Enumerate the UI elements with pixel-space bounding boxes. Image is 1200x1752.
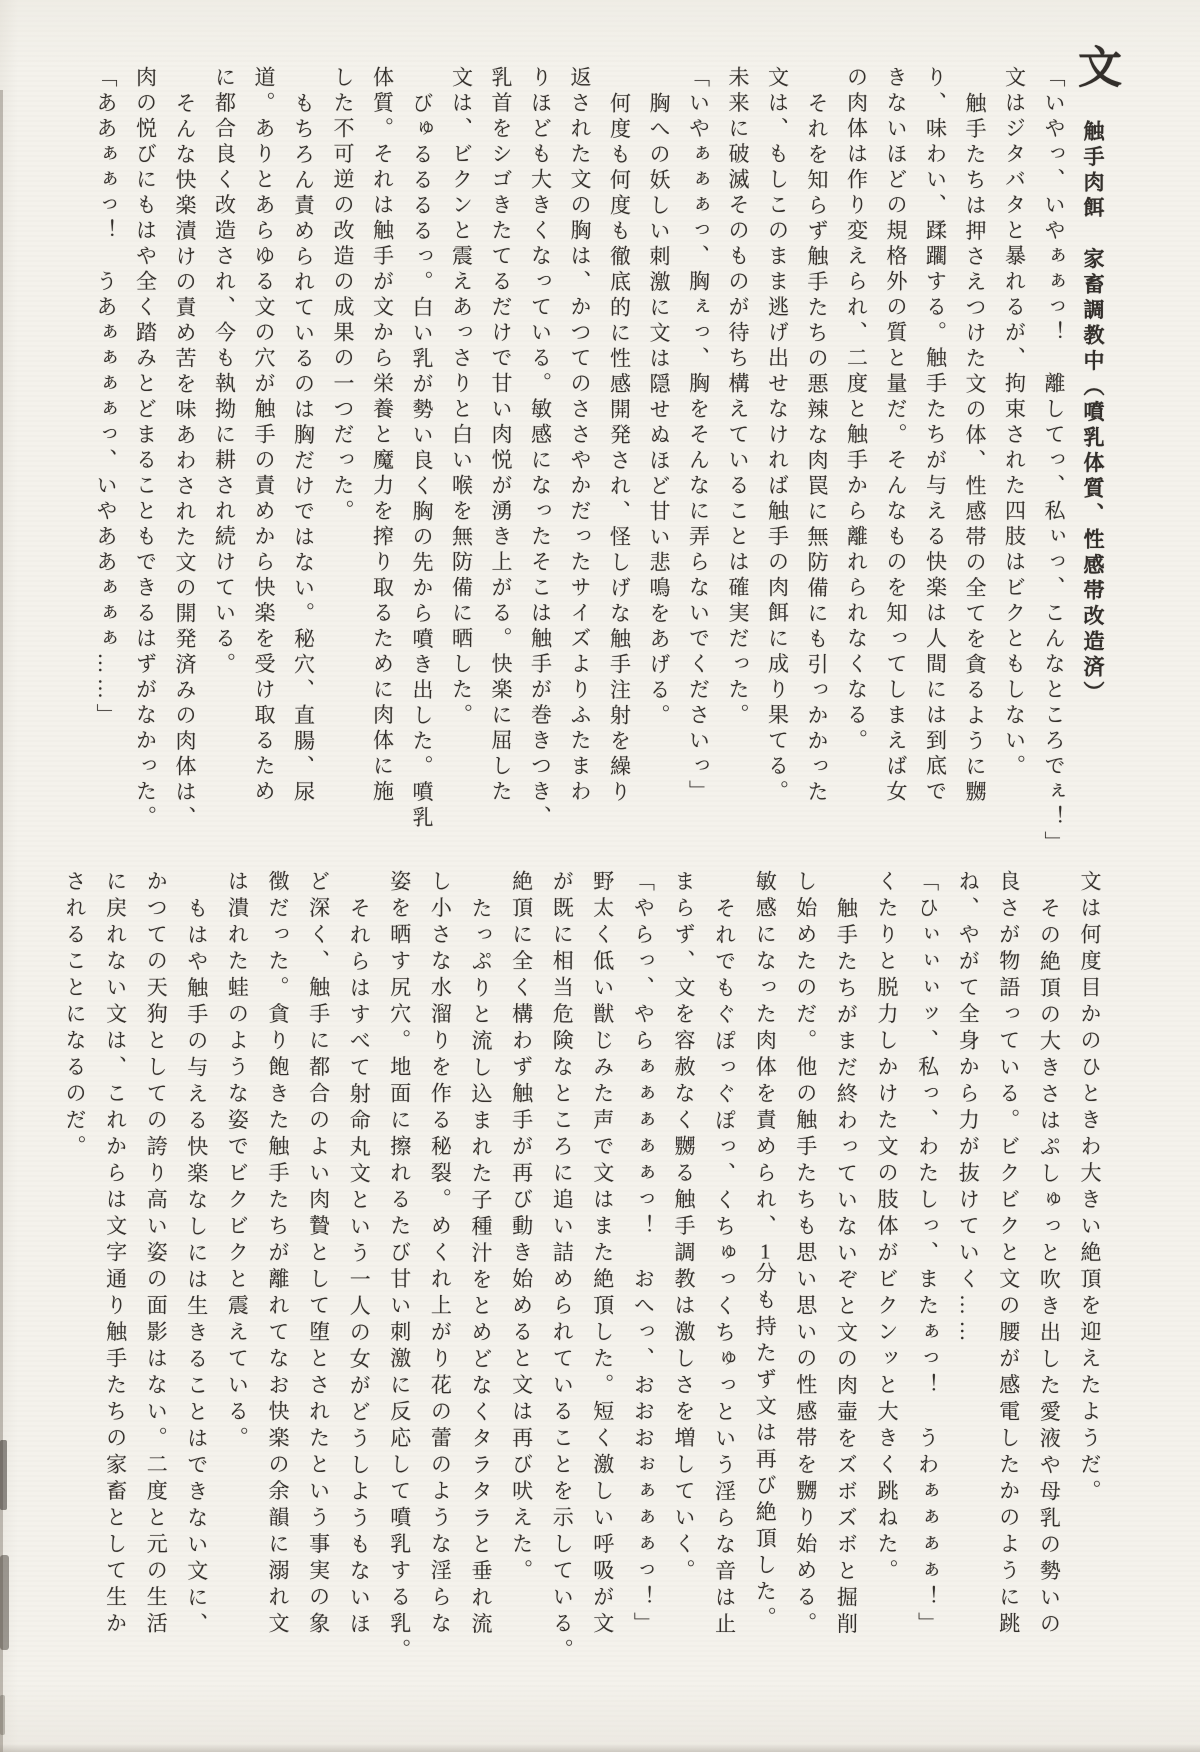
page-subtitle: 触手肉餌 家畜調教中（噴乳体質、性感帯改造済） xyxy=(1079,120,1106,707)
text-column: 良さが物語っている。ビクビクと文の腰が感電したかのように跳 xyxy=(995,870,1022,1639)
text-column: の肉体は作り変えられ、二度と触手から離れられなくなる。 xyxy=(843,66,870,755)
scan-edge-line xyxy=(0,90,3,1752)
text-column: 触手たちがまだ終わっていないぞと文の肉壷をズボズボと掘削 xyxy=(832,897,859,1639)
text-column: した不可逆の改造の成果の一つだった。 xyxy=(329,66,356,525)
text-column: 「いやっ、いやぁぁっ！ 離してっ、私ぃっ、こんなところでぇ！」 xyxy=(1040,66,1067,857)
text-column: 敏感になった肉体を責められ、1分も持たず文は再び絶頂した。 xyxy=(751,870,778,1633)
text-column: 体質。それは触手が文から栄養と魔力を搾り取るために肉体に施 xyxy=(369,66,396,806)
scan-smudge xyxy=(0,1695,5,1735)
text-column: に戻れない文は、これからは文字通り触手たちの家畜として生か xyxy=(102,870,129,1639)
text-column: されることになるのだ。 xyxy=(61,870,88,1162)
text-column: 文は、もしこのまま逃げ出せなければ触手の肉餌に成り果てる。 xyxy=(764,66,791,806)
text-column: 返された文の胸は、かつてのささやかだったサイズよりふたまわ xyxy=(566,66,593,806)
page-title: 文 xyxy=(1072,44,1118,88)
text-column: 何度も何度も徹底的に性感開発され、怪しげな触手注射を繰り xyxy=(606,92,633,806)
text-column: 絶頂に全く構わず触手が再び動き始めると文は再び吠えた。 xyxy=(508,870,535,1586)
text-column: し始めたのだ。他の触手たちも思い思いの性感帯を嬲り始める。 xyxy=(792,870,819,1639)
scan-bottom-shade xyxy=(0,1744,1200,1752)
text-column: かつての天狗としての誇り高い姿の面影はない。二度と元の生活 xyxy=(142,870,169,1639)
text-column: 胸への妖しい刺激に文は隠せぬほど甘い悲鳴をあげる。 xyxy=(645,92,672,730)
text-column: その絶頂の大きさはぷしゅっと吹き出した愛液や母乳の勢いの xyxy=(1035,897,1062,1639)
text-column: 未来に破滅そのものが待ち構えていることは確実だった。 xyxy=(724,66,751,729)
text-column: 「ひぃぃぃッ、私っ、わたしっ、またぁっ！ うわぁぁぁぁ！」 xyxy=(914,870,941,1639)
scan-smudge xyxy=(0,1440,7,1510)
text-column: 文は何度目かのひときわ大きい絶頂を迎えたようだ。 xyxy=(1076,870,1103,1506)
text-column: 文はジタバタと暴れるが、拘束された四肢はビクともしない。 xyxy=(1001,66,1028,780)
text-column: 「やらっ、やらぁぁぁぁぁっ！ おへっ、おおおぉぁぁぁっ！」 xyxy=(629,870,656,1639)
text-column: に都合良く改造され、今も執拗に耕され続けている。 xyxy=(211,66,238,678)
text-column: り、味わい、蹂躙する。触手たちが与える快楽は人間には到底で xyxy=(922,66,949,806)
text-column: 触手たちは押さえつけた文の体、性感帯の全てを貪るように嬲 xyxy=(961,92,988,806)
text-column: 道。ありとあらゆる文の穴が触手の責めから快楽を受け取るため xyxy=(250,66,277,806)
text-column: 文は、ビクンと震えあっさりと白い喉を無防備に晒した。 xyxy=(448,66,475,729)
text-column: びゅるるるるっ。白い乳が勢い良く胸の先から噴き出した。噴乳 xyxy=(408,92,435,832)
scan-smudge xyxy=(0,1555,9,1650)
text-column: りほども大きくなっている。敏感になったそこは触手が巻きつき、 xyxy=(527,66,554,831)
text-column: し小さな水溜りを作る秘裂。めくれ上がり花の蕾のような淫らな xyxy=(426,870,453,1639)
text-column: もはや触手の与える快楽なしには生きることはできない文に、 xyxy=(183,897,210,1639)
text-column: たっぷりと流し込まれた子種汁をとめどなくタラタラと垂れ流 xyxy=(467,897,494,1639)
text-column: それを知らず触手たちの悪辣な肉罠に無防備にも引っかかった xyxy=(803,92,830,806)
text-column: それでもぐぽっぐぽっ、くちゅっくちゅっという淫らな音は止 xyxy=(711,897,738,1639)
text-column: 乳首をシゴきたてるだけで甘い肉悦が湧き上がる。快楽に屈した xyxy=(487,66,514,806)
text-column: 肉の悦びにもはや全く踏みとどまることもできるはずがなかった。 xyxy=(132,66,159,831)
text-column: は潰れた蛙のような姿でビクビクと震えている。 xyxy=(223,870,250,1453)
text-column: ね、やがて全身から力が抜けていく…… xyxy=(954,870,981,1347)
text-column: まらず、文を容赦なく嬲る触手調教は激しさを増していく。 xyxy=(670,870,697,1586)
text-column: きないほどの規格外の質と量だ。そんなものを知ってしまえば女 xyxy=(882,66,909,806)
text-column: くたりと脱力しかけた文の肢体がビクンッと大きく跳ねた。 xyxy=(873,870,900,1586)
scanned-page: 文 触手肉餌 家畜調教中（噴乳体質、性感帯改造済） 「いやっ、いやぁぁっ！ 離し… xyxy=(0,0,1200,1752)
text-column: ど深く、触手に都合のよい肉贄として堕とされたという事実の象 xyxy=(305,870,332,1639)
text-column: 姿を晒す尻穴。地面に擦れるたび甘い刺激に反応して噴乳する乳。 xyxy=(386,870,413,1665)
text-column: 「ああぁぁっ！ うあぁぁぁぁっ、いやああぁぁぁ……」 xyxy=(92,66,119,729)
text-column: 野太く低い獣じみた声で文はまた絶頂した。短く激しい呼吸が文 xyxy=(589,870,616,1639)
text-column: 徴だった。貪り飽きた触手たちが離れてなお快楽の余韻に溺れ文 xyxy=(264,870,291,1639)
text-column: が既に相当危険なところに追い詰められていることを示している。 xyxy=(548,870,575,1665)
text-column: そんな快楽漬けの責め苦を味あわされた文の開発済みの肉体は、 xyxy=(171,92,198,832)
text-column: もちろん責められているのは胸だけではない。秘穴、直腸、尿 xyxy=(290,92,317,806)
text-column: 「いやぁぁぁっ、胸ぇっ、胸をそんなに弄らないでくださいっ」 xyxy=(685,66,712,806)
text-column: それらはすべて射命丸文という一人の女がどうしようもないほ xyxy=(345,897,372,1639)
